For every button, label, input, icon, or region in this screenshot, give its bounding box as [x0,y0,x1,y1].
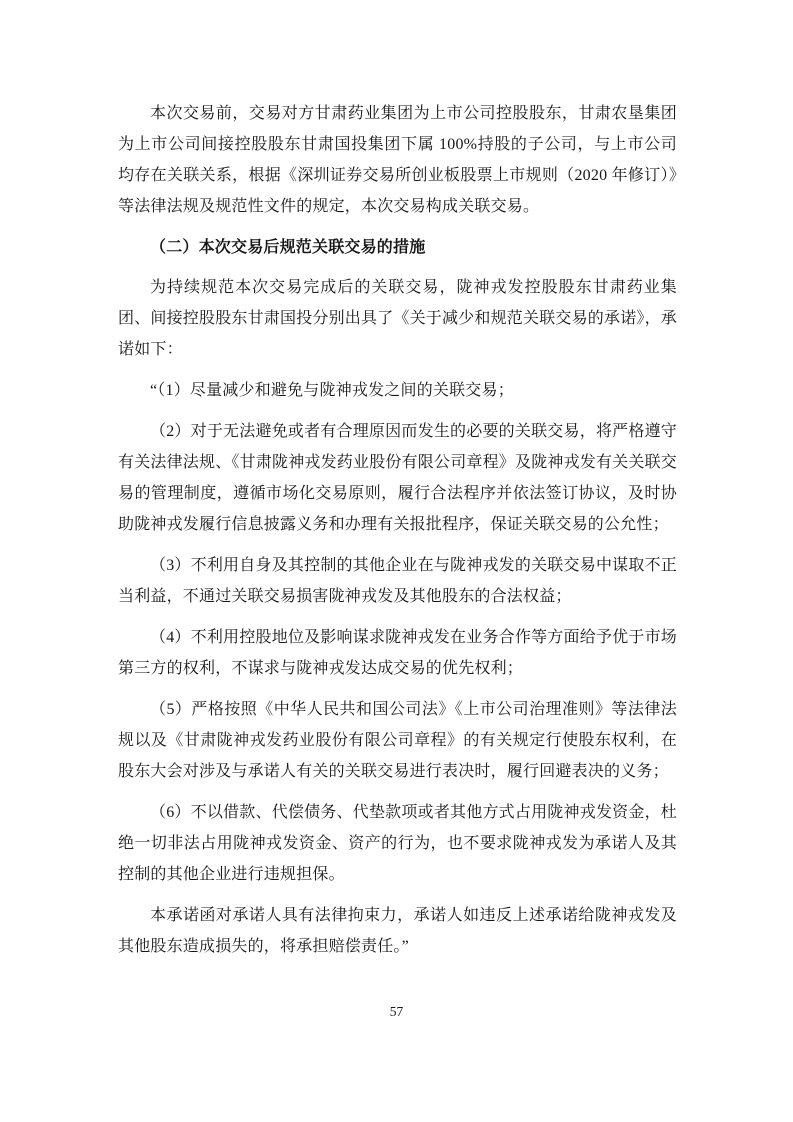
commitment-item-1: “（1）尽量减少和避免与陇神戎发之间的关联交易； [118,375,677,406]
commitment-item-5: （5）严格按照《中华人民共和国公司法》《上市公司治理准则》等法律法规以及《甘肃陇… [118,694,677,787]
commitment-item-4: （4）不利用控股地位及影响谋求陇神戎发在业务合作等方面给予优于市场第三方的权利，… [118,622,677,684]
commitment-item-3: （3）不利用自身及其控制的其他企业在与陇神戎发的关联交易中谋取不正当利益，不通过… [118,550,677,612]
section-heading: （二）本次交易后规范关联交易的措施 [118,232,677,263]
text-body: 本次交易前，交易对方甘肃药业集团为上市公司控股股东，甘肃农垦集团为上市公司间接控… [118,98,677,972]
page-number: 57 [0,1002,793,1022]
intro-paragraph: 本次交易前，交易对方甘肃药业集团为上市公司控股股东，甘肃农垦集团为上市公司间接控… [118,98,677,222]
document-page: 本次交易前，交易对方甘肃药业集团为上市公司控股股东，甘肃农垦集团为上市公司间接控… [0,0,793,1122]
commitment-item-2: （2）对于无法避免或者有合理原因而发生的必要的关联交易，将严格遵守有关法律法规、… [118,416,677,540]
measures-intro-paragraph: 为持续规范本次交易完成后的关联交易，陇神戎发控股股东甘肃药业集团、间接控股股东甘… [118,272,677,365]
closing-paragraph: 本承诺函对承诺人具有法律拘束力，承诺人如违反上述承诺给陇神戎发及其他股东造成损失… [118,900,677,962]
commitment-item-6: （6）不以借款、代偿债务、代垫款项或者其他方式占用陇神戎发资金，杜绝一切非法占用… [118,797,677,890]
